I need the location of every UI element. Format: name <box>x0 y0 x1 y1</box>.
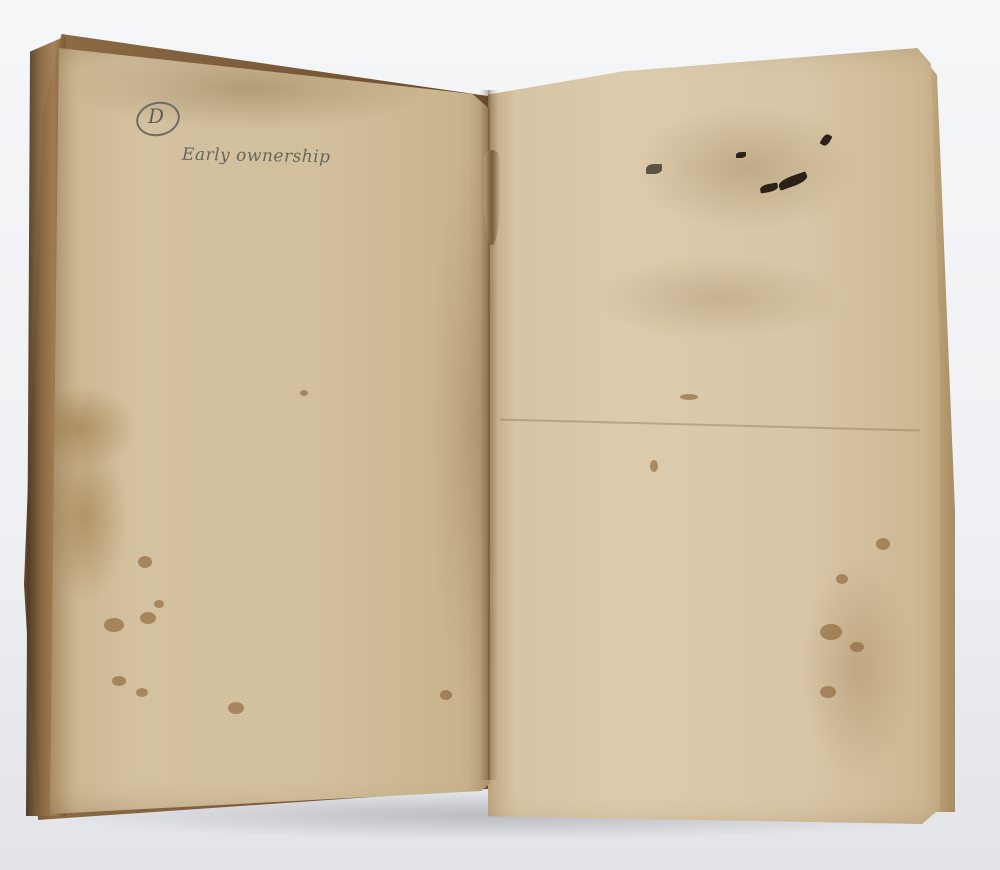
foxing-spot <box>300 390 308 396</box>
foxing-spot <box>650 460 658 472</box>
annotation-circled-letter: D <box>148 104 164 128</box>
annotation-note: Early ownership <box>182 145 331 168</box>
foxing-spot <box>440 690 452 700</box>
foxing-spot <box>228 702 244 714</box>
foxing-spot <box>112 676 126 686</box>
foxing-spot <box>820 624 842 640</box>
gutter-tear <box>484 150 500 245</box>
right-endpaper <box>488 48 940 824</box>
foxing-spot <box>876 538 890 550</box>
foxing-spot <box>136 688 148 697</box>
foxing-spot <box>820 686 836 698</box>
foxing-spot <box>138 556 152 568</box>
ink-blot <box>646 164 662 174</box>
foxing-spot <box>850 642 864 652</box>
ink-blot <box>736 152 746 158</box>
foxing-spot <box>680 394 698 400</box>
foxing-spot <box>836 574 848 584</box>
photo-scene: D Early ownership <box>0 0 1000 870</box>
foxing-spot <box>154 600 164 608</box>
foxing-spot <box>140 612 156 624</box>
foxing-spot <box>104 618 124 632</box>
